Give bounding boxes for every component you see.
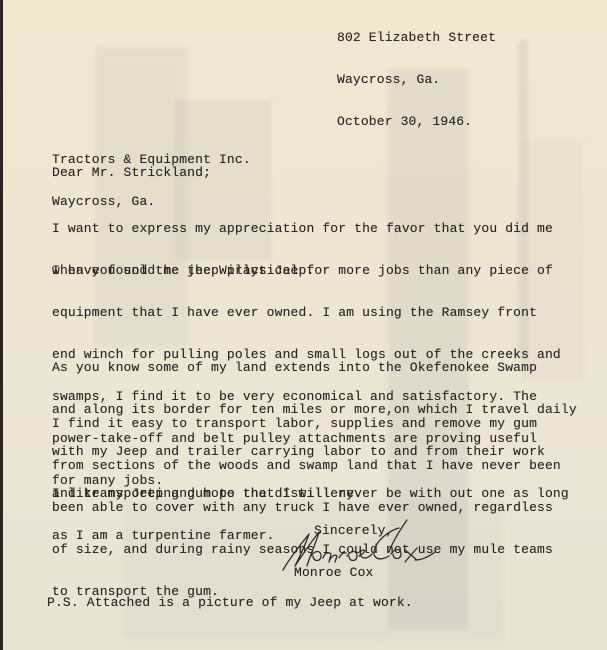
sender-city: Waycross, Ga. (337, 73, 496, 87)
text-line: I want to express my appreciation for th… (52, 222, 553, 236)
postscript: P.S. Attached is a picture of my Jeep at… (47, 596, 413, 610)
letter-page: 802 Elizabeth Street Waycross, Ga. Octob… (3, 0, 607, 650)
text-line: As you know some of my land extends into… (52, 361, 577, 375)
sender-street: 802 Elizabeth Street (337, 31, 496, 45)
text-line: I have found the jeep practical for more… (52, 264, 561, 278)
text-line: I find it easy to transport labor, suppl… (52, 417, 561, 431)
signer-name: Monroe Cox (294, 566, 374, 580)
text-line: I like my Jeep and hope that I will neve… (52, 487, 569, 501)
letter-date: October 30, 1946. (337, 115, 496, 129)
text-line: equipment that I have ever owned. I am u… (52, 306, 561, 320)
sender-address: 802 Elizabeth Street Waycross, Ga. Octob… (337, 3, 496, 157)
salutation: Dear Mr. Strickland; (52, 166, 211, 180)
